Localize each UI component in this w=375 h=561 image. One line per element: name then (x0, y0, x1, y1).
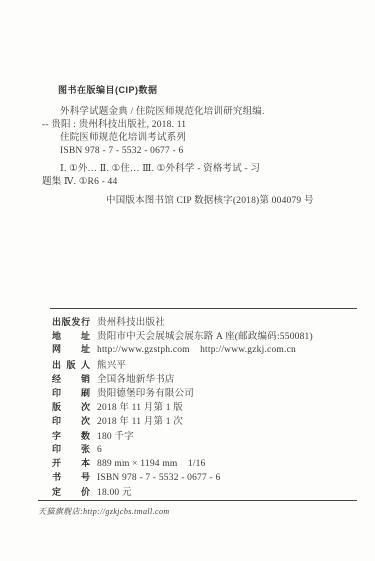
row-impression-label: 印次 (52, 414, 90, 427)
row-isbn-label: 书号 (52, 470, 90, 483)
row-word-count-label: 字数 (52, 429, 90, 442)
row-impression: 印次 2018 年 11 月第 1 次 (50, 413, 357, 427)
row-price-label: 定价 (52, 485, 90, 498)
publication-info-section: 出版发行 贵州科技出版社 地址 贵阳市中天会展城会展东路 A 座(邮政编码:55… (50, 308, 357, 517)
cip-publisher-statement: -- 贵阳 : 贵州科技出版社, 2018. 11 (42, 119, 349, 132)
row-edition-value: 2018 年 11 月第 1 版 (97, 399, 183, 413)
row-publisher-value: 贵州科技出版社 (97, 314, 165, 328)
divider-bottom (38, 500, 357, 501)
row-publisher-person-label: 出版人 (52, 358, 90, 371)
row-edition-label: 版次 (52, 400, 90, 413)
row-distribution: 经销 全国各地新华书店 (50, 371, 357, 385)
row-publisher-person-value: 熊兴平 (97, 357, 126, 371)
divider-top (50, 308, 357, 309)
cip-data-section: 图书在版编目(CIP)数据 外科学试题金典 / 住院医师规范化培训研究组编. -… (42, 83, 349, 208)
cip-series-statement: 住院医师规范化培训考试系列 (42, 132, 349, 145)
row-printing: 印刷 贵阳德堡印务有限公司 (50, 385, 357, 399)
row-format-label: 开本 (52, 456, 90, 469)
row-format: 开本 889 mm × 1194 mm 1/16 (50, 456, 357, 470)
row-word-count-value: 180 千字 (97, 428, 134, 442)
row-distribution-value: 全国各地新华书店 (97, 371, 175, 385)
row-website: 网址 http://www.gzstph.com http://www.gzkj… (50, 342, 357, 356)
row-printed-sheets: 印张 6 (50, 442, 357, 456)
row-impression-value: 2018 年 11 月第 1 次 (97, 413, 183, 427)
row-address-value: 贵阳市中天会展城会展东路 A 座(邮政编码:550081) (97, 328, 313, 342)
publication-info-table: 出版发行 贵州科技出版社 地址 贵阳市中天会展城会展东路 A 座(邮政编码:55… (50, 314, 357, 498)
row-website-value: http://www.gzstph.com http://www.gzkj.co… (97, 345, 296, 355)
row-isbn-value: ISBN 978 - 7 - 5532 - 0677 - 6 (97, 473, 220, 483)
cip-isbn-line: ISBN 978 - 7 - 5532 - 0677 - 6 (42, 145, 349, 158)
cip-classification-line-1: Ⅰ. ①外… Ⅱ. ①住… Ⅲ. ①外科学 - 资格考试 - 习 (42, 163, 349, 176)
cip-heading: 图书在版编目(CIP)数据 (58, 83, 349, 96)
row-distribution-label: 经销 (52, 372, 90, 385)
row-printed-sheets-value: 6 (97, 445, 102, 455)
cip-title-statement: 外科学试题金典 / 住院医师规范化培训研究组编. (42, 106, 349, 119)
row-price: 定价 18.00 元 (50, 484, 357, 498)
cip-record-number-line: 中国版本图书馆 CIP 数据核字(2018)第 004079 号 (42, 195, 349, 208)
row-publisher-label: 出版发行 (52, 315, 90, 328)
row-website-label: 网址 (52, 342, 90, 355)
row-publisher-person: 出版人 熊兴平 (50, 357, 357, 371)
row-address: 地址 贵阳市中天会展城会展东路 A 座(邮政编码:550081) (50, 328, 357, 342)
row-price-value: 18.00 元 (97, 484, 132, 498)
row-printing-label: 印刷 (52, 386, 90, 399)
row-printing-value: 贵阳德堡印务有限公司 (97, 385, 194, 399)
row-publisher: 出版发行 贵州科技出版社 (50, 314, 357, 328)
row-printed-sheets-label: 印张 (52, 442, 90, 455)
row-edition: 版次 2018 年 11 月第 1 版 (50, 399, 357, 413)
row-word-count: 字数 180 千字 (50, 428, 357, 442)
row-address-label: 地址 (52, 329, 90, 342)
tmall-store-line: 天猫旗舰店:http://gzkjcbs.tmall.com (38, 506, 357, 517)
row-format-value: 889 mm × 1194 mm 1/16 (97, 459, 206, 469)
row-isbn: 书号 ISBN 978 - 7 - 5532 - 0677 - 6 (50, 470, 357, 484)
cip-classification-line-2: 题集 Ⅳ. ①R6 - 44 (42, 176, 349, 189)
